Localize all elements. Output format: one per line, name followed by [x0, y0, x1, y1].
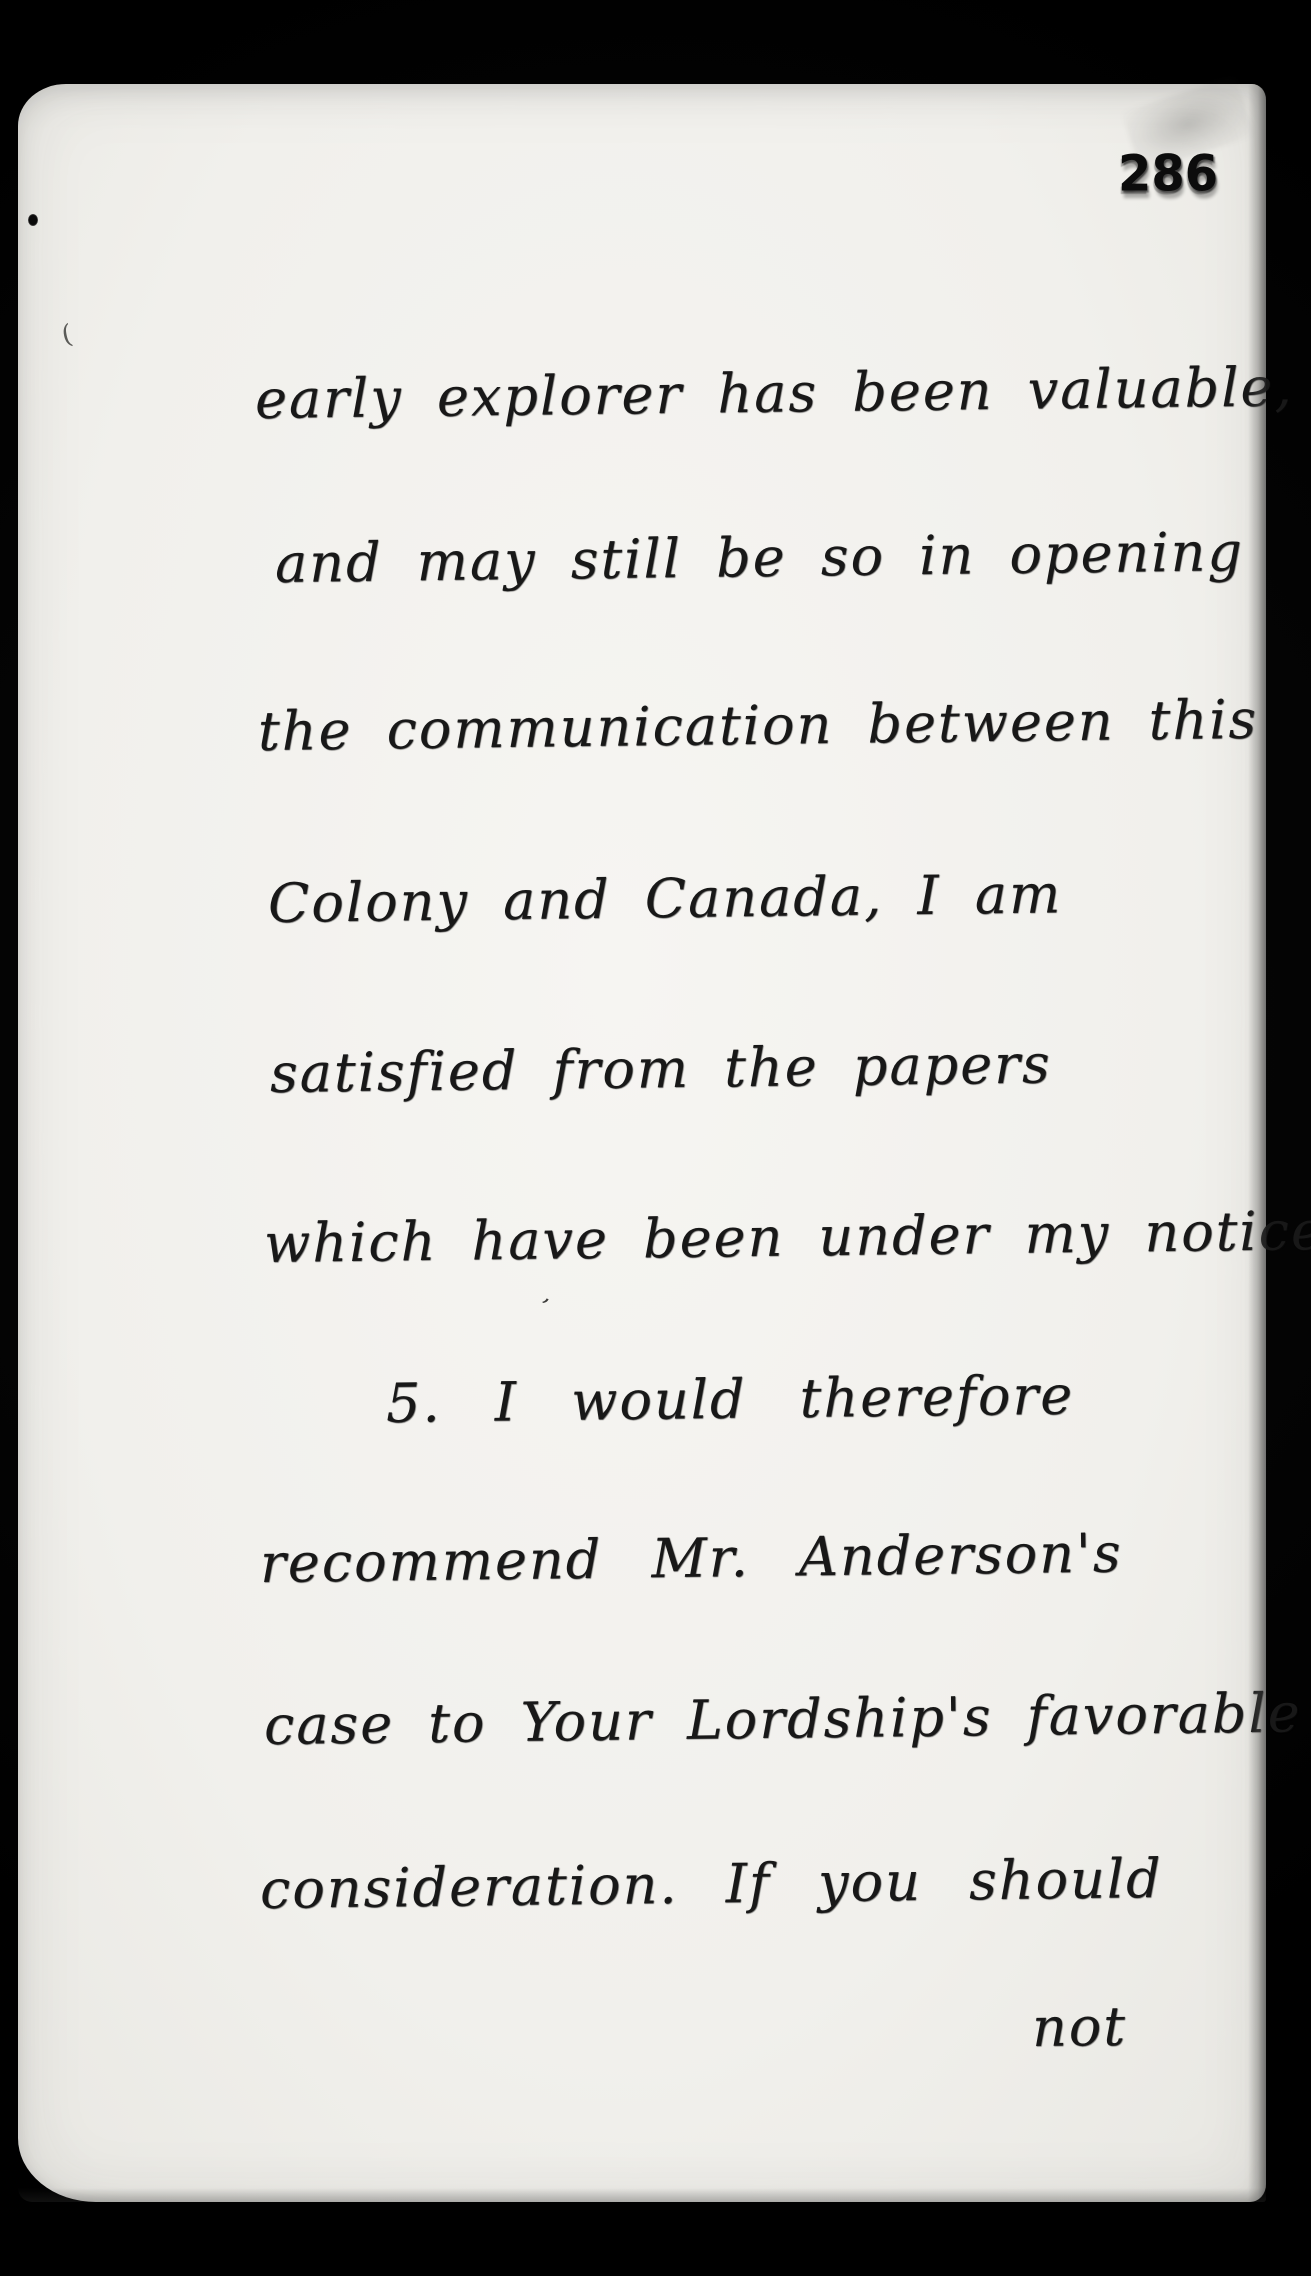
page-edge-shadow [1248, 84, 1266, 2202]
catchword-line: not [1032, 1995, 1128, 2059]
handwritten-line: consideration. If you should [260, 1847, 1163, 1921]
handwritten-line: case to Your Lordship's favorable [264, 1681, 1302, 1757]
page-edge-shadow [18, 2188, 1266, 2202]
page-number-stamp: 286 [1118, 145, 1218, 203]
handwritten-line: satisfied from the papers [270, 1032, 1052, 1105]
handwritten-line: 5. I would therefore [386, 1364, 1075, 1435]
manuscript-page: 286 early explorer has been valuable, an… [18, 84, 1266, 2202]
handwritten-line: the communication between this [258, 688, 1259, 763]
handwritten-line: Colony and Canada, I am [268, 862, 1063, 935]
handwritten-line: early explorer has been valuable, [255, 355, 1294, 431]
handwritten-line: and may still be so in opening [275, 520, 1245, 595]
ink-speck: ( [59, 319, 75, 350]
ink-speck [28, 214, 38, 226]
handwritten-line: recommend Mr. Anderson's [260, 1521, 1123, 1595]
handwritten-line: which have been under my notice. [264, 1199, 1311, 1275]
ink-speck: , [540, 1280, 560, 1308]
